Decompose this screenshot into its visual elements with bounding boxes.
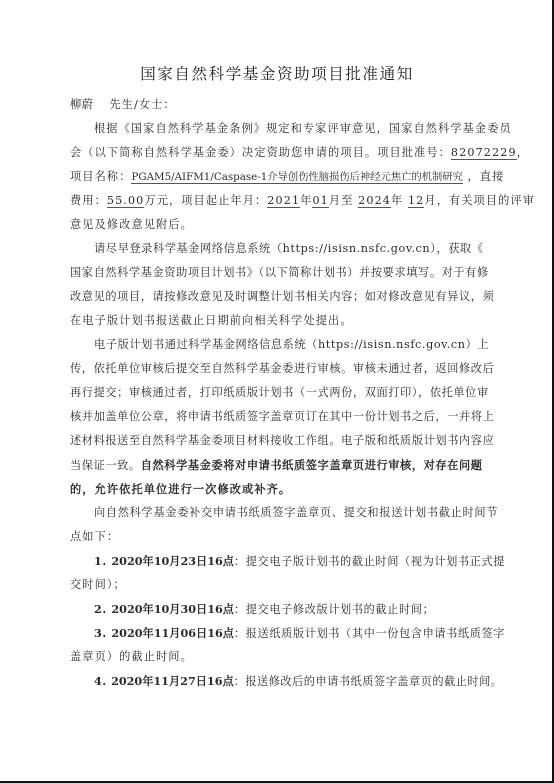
text: 月，有关项目的评审 xyxy=(424,194,535,207)
text: ：报送修改后的申请书纸质签字盖章页的截止时间。 xyxy=(234,675,503,688)
item-number: 2. xyxy=(94,602,111,616)
para1-line1: 根据《国家自然科学基金条例》规定和专家评审意见，国家自然科学基金委员 xyxy=(94,122,490,136)
para1-line4: 费用：55.00万元，项目起止年月：2021年01月至 2024年 12月，有关… xyxy=(70,194,490,208)
text: ：提交电子版计划书的截止时间（视为计划书正式提 xyxy=(234,555,505,568)
text: 会（以下简称自然科学基金委）决定资助您申请的项目。项目批准号： xyxy=(70,146,451,159)
para1-line2: 会（以下简称自然科学基金委）决定资助您申请的项目。项目批准号：82072229， xyxy=(70,146,490,160)
text: 年 xyxy=(300,194,312,207)
bold-notice: 自然科学基金委将对申请书纸质签字盖章页进行审核，对存在问题 xyxy=(141,458,483,472)
para4-line1: 向自然科学基金委补交申请书纸质签字盖章页、提交和报送计划书截止时间节 xyxy=(94,506,490,520)
project-name: PGAM5/AIFM1/Caspase-1介导创伤性脑损伤后神经元焦亡的机制研究 xyxy=(131,171,462,184)
item-number: 4. xyxy=(94,674,111,688)
recipient-honorific: 先生/女士： xyxy=(109,98,175,111)
para3-line1: 电子版计划书通过科学基金网络信息系统（https://isisn.nsfc.go… xyxy=(94,338,490,352)
document-title: 国家自然科学基金资助项目批准通知 xyxy=(0,62,554,84)
deadline-item-3-cont: 盖章页）的截止时间。 xyxy=(70,650,490,664)
para3-line2: 传，依托单位审核后提交至自然科学基金委进行审核。审核未通过者，返回修改后 xyxy=(70,362,490,376)
start-year: 2021 xyxy=(267,194,300,208)
end-month: 12 xyxy=(408,194,424,208)
para3-line4: 核并加盖单位公章，将申请书纸质签字盖章页订在其中一份计划书之后，一并将上 xyxy=(70,410,490,424)
text: ：提交电子修改版计划书的截止时间； xyxy=(234,603,434,616)
deadline-item-2: 2. 2020年10月30日16点：提交电子修改版计划书的截止时间； xyxy=(94,602,490,617)
deadline-item-4: 4. 2020年11月27日16点：报送修改后的申请书纸质签字盖章页的截止时间。 xyxy=(94,674,490,689)
text: 月至 xyxy=(329,194,358,207)
recipient-name: 柳蔚 xyxy=(70,98,93,111)
para2-line3: 改意见的项目，请按修改意见及时调整计划书相关内容；如对修改意见有异议，须 xyxy=(70,290,490,304)
para3-line5: 述材料报送至自然科学基金委项目材料接收工作组。电子版和纸质版计划书内容应 xyxy=(70,434,490,448)
salutation: 柳蔚先生/女士： xyxy=(70,98,490,112)
start-month: 01 xyxy=(312,194,328,208)
para2-line2: 国家自然科学基金资助项目计划书》（以下简称计划书）并按要求填写。对于有修 xyxy=(70,266,490,280)
text: 年 xyxy=(391,194,408,207)
document-page: 国家自然科学基金资助项目批准通知 柳蔚先生/女士： 根据《国家自然科学基金条例》… xyxy=(0,0,554,783)
item-number: 1. xyxy=(94,554,111,568)
deadline-item-1: 1. 2020年10月23日16点：提交电子版计划书的截止时间（视为计划书正式提 xyxy=(94,554,490,569)
text: 当保证一致。 xyxy=(70,459,141,472)
para2-line1: 请尽早登录科学基金网络信息系统（https://isisn.nsfc.gov.c… xyxy=(94,242,490,256)
para2-line4: 在电子版计划书报送截止日期前向相关科学处提出。 xyxy=(70,314,490,328)
item-number: 3. xyxy=(94,626,111,640)
para3-line7: 的，允许依托单位进行一次修改或补齐。 xyxy=(70,482,490,496)
text: ：报送纸质版计划书（其中一份包含申请书纸质签字 xyxy=(234,627,505,640)
text: ， xyxy=(517,146,529,159)
direct-cost: 55.00 xyxy=(107,194,145,208)
para4-line2: 点如下： xyxy=(70,530,490,544)
deadline-date: 2020年10月30日16点 xyxy=(111,602,234,616)
deadline-date: 2020年11月27日16点 xyxy=(111,674,234,688)
para1-line5: 意见及修改意见附后。 xyxy=(70,218,490,232)
text: 万元，项目起止年月： xyxy=(144,194,267,207)
text: 费用： xyxy=(70,194,107,207)
text: ，直接 xyxy=(463,170,505,183)
deadline-item-3: 3. 2020年11月06日16点：报送纸质版计划书（其中一份包含申请书纸质签字 xyxy=(94,626,490,641)
approval-number: 82072229 xyxy=(451,146,517,160)
para3-line6: 当保证一致。自然科学基金委将对申请书纸质签字盖章页进行审核，对存在问题 xyxy=(70,458,490,473)
end-year: 2024 xyxy=(358,194,391,208)
deadline-item-1-cont: 交时间）； xyxy=(70,578,490,592)
text: 项目名称： xyxy=(70,170,131,183)
deadline-date: 2020年10月23日16点 xyxy=(111,554,234,568)
deadline-date: 2020年11月06日16点 xyxy=(111,626,234,640)
para3-line3: 再行提交；审核通过者，打印纸质版计划书（一式两份，双面打印），依托单位审 xyxy=(70,386,490,400)
para1-line3: 项目名称：PGAM5/AIFM1/Caspase-1介导创伤性脑损伤后神经元焦亡… xyxy=(70,170,490,184)
